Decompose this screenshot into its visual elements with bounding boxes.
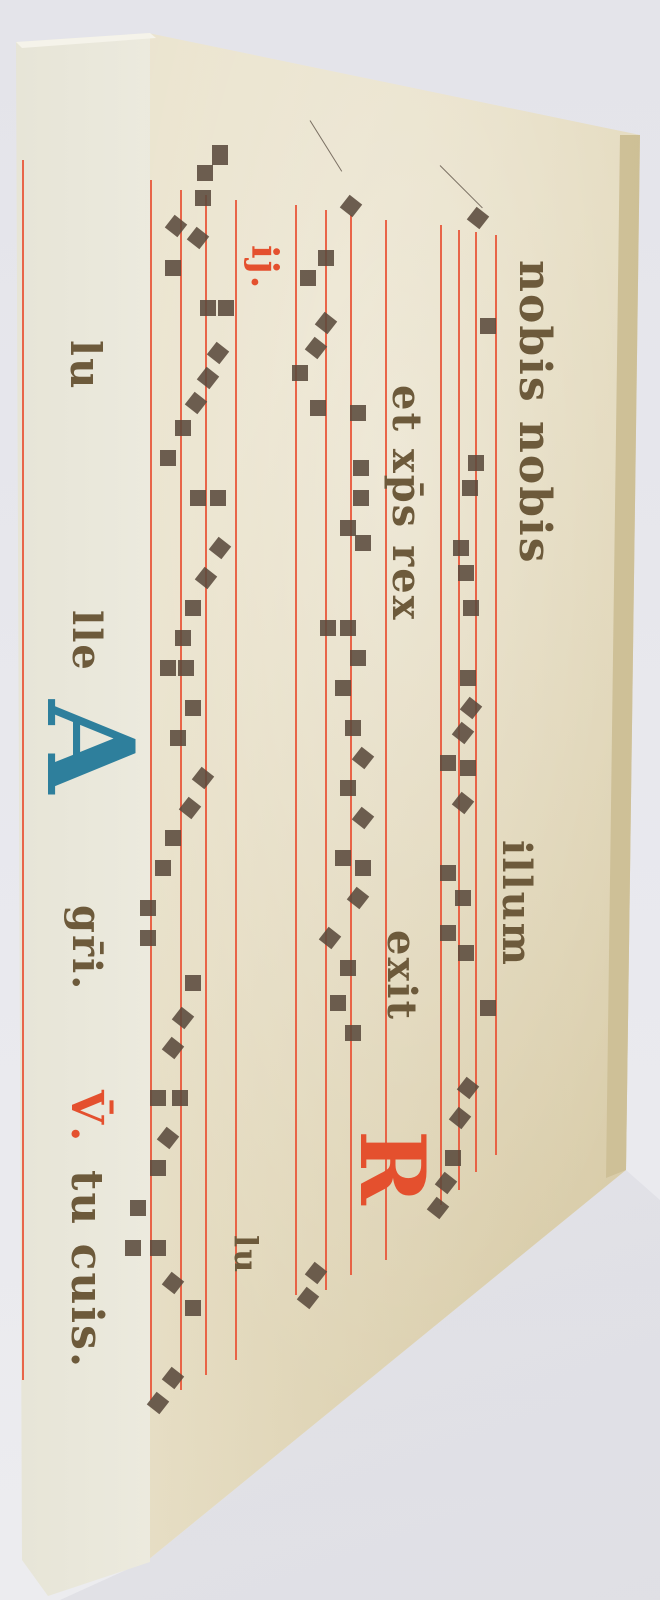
neume bbox=[160, 660, 176, 676]
neume bbox=[160, 450, 176, 466]
neume bbox=[345, 720, 361, 736]
neume bbox=[185, 1300, 201, 1316]
spine-blue-initial: A bbox=[19, 700, 160, 793]
neume bbox=[440, 925, 456, 941]
staff-line bbox=[350, 215, 352, 1275]
neume bbox=[140, 900, 156, 916]
neume bbox=[458, 945, 474, 961]
staff-line bbox=[440, 225, 442, 1205]
neume bbox=[200, 300, 216, 316]
neume bbox=[458, 565, 474, 581]
neume bbox=[185, 700, 201, 716]
neume bbox=[350, 650, 366, 666]
neume bbox=[340, 620, 356, 636]
neume bbox=[310, 400, 326, 416]
neume bbox=[197, 165, 213, 181]
neume bbox=[340, 960, 356, 976]
cover-rubric: ij. bbox=[243, 245, 285, 290]
neume bbox=[185, 975, 201, 991]
neume bbox=[460, 760, 476, 776]
neume bbox=[468, 455, 484, 471]
neume bbox=[455, 890, 471, 906]
neume bbox=[480, 318, 496, 334]
neume bbox=[355, 860, 371, 876]
spine-text-bottom: tu cuis. bbox=[61, 1170, 112, 1369]
neume bbox=[125, 1240, 141, 1256]
spine-rubric: V̄. bbox=[61, 1090, 112, 1143]
staff-line bbox=[495, 235, 497, 1155]
neume bbox=[345, 1025, 361, 1041]
neume bbox=[155, 860, 171, 876]
cover-text-fragment: lu bbox=[227, 1235, 265, 1274]
neume bbox=[340, 780, 356, 796]
neume bbox=[178, 660, 194, 676]
neume bbox=[190, 490, 206, 506]
staff-line bbox=[325, 210, 327, 1290]
neume bbox=[463, 600, 479, 616]
neume bbox=[175, 420, 191, 436]
neume bbox=[353, 490, 369, 506]
neume bbox=[340, 520, 356, 536]
neume bbox=[440, 755, 456, 771]
photo-scene: lu lle A gr̄i. V̄. tu cuis. bbox=[0, 0, 660, 1600]
neume bbox=[318, 250, 334, 266]
neume bbox=[140, 930, 156, 946]
neume bbox=[335, 850, 351, 866]
neume bbox=[175, 630, 191, 646]
neume bbox=[218, 300, 234, 316]
neume bbox=[165, 260, 181, 276]
neume bbox=[353, 460, 369, 476]
neume bbox=[440, 865, 456, 881]
neume bbox=[165, 830, 181, 846]
spine-text-ligature: gr̄i. bbox=[63, 905, 110, 991]
neume bbox=[185, 600, 201, 616]
cover-text-col2b: illum bbox=[493, 840, 540, 967]
neume bbox=[350, 405, 366, 421]
neume bbox=[195, 190, 211, 206]
staff-line bbox=[150, 180, 152, 1400]
spine-text-top: lu bbox=[61, 340, 110, 391]
neume bbox=[480, 1000, 496, 1016]
neume bbox=[330, 995, 346, 1011]
cover-text-col1b: exit bbox=[378, 930, 425, 1021]
neume bbox=[445, 1150, 461, 1166]
neume bbox=[150, 1240, 166, 1256]
neume bbox=[150, 1160, 166, 1176]
neume bbox=[300, 270, 316, 286]
staff-line bbox=[180, 190, 182, 1390]
neume bbox=[292, 365, 308, 381]
staff-line bbox=[235, 200, 237, 1360]
neume bbox=[460, 670, 476, 686]
neume bbox=[212, 145, 228, 165]
neume bbox=[320, 620, 336, 636]
neume bbox=[210, 490, 226, 506]
neume bbox=[130, 1200, 146, 1216]
neume bbox=[355, 535, 371, 551]
cover-red-initial: R bbox=[339, 1130, 445, 1205]
cover-text-col2: nobis nobis bbox=[509, 260, 560, 565]
neume bbox=[150, 1090, 166, 1106]
staff-line bbox=[385, 220, 387, 1260]
spine-text-mid: lle bbox=[63, 610, 110, 672]
neume bbox=[462, 480, 478, 496]
neume bbox=[172, 1090, 188, 1106]
cover-text-col1: et xp̄s rex bbox=[383, 385, 430, 621]
neume bbox=[335, 680, 351, 696]
neume bbox=[453, 540, 469, 556]
neume bbox=[170, 730, 186, 746]
